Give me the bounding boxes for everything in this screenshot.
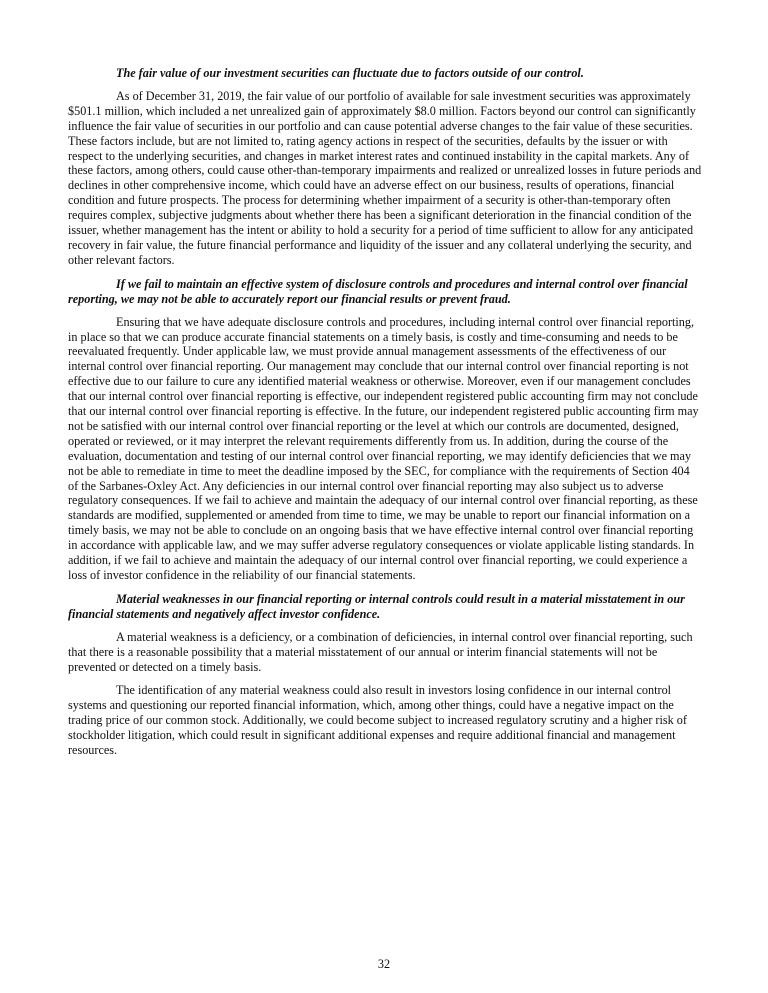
- section-heading: Material weaknesses in our financial rep…: [68, 592, 702, 622]
- body-paragraph: As of December 31, 2019, the fair value …: [68, 89, 702, 268]
- body-paragraph: A material weakness is a deficiency, or …: [68, 630, 702, 675]
- section-heading: The fair value of our investment securit…: [68, 66, 702, 81]
- section-material-weaknesses: Material weaknesses in our financial rep…: [68, 592, 702, 758]
- section-heading: If we fail to maintain an effective syst…: [68, 277, 702, 307]
- section-investment-securities: The fair value of our investment securit…: [68, 66, 702, 268]
- body-paragraph: The identification of any material weakn…: [68, 683, 702, 758]
- body-paragraph: Ensuring that we have adequate disclosur…: [68, 315, 702, 583]
- page-number: 32: [0, 957, 768, 972]
- document-page: The fair value of our investment securit…: [68, 66, 702, 767]
- section-disclosure-controls: If we fail to maintain an effective syst…: [68, 277, 702, 583]
